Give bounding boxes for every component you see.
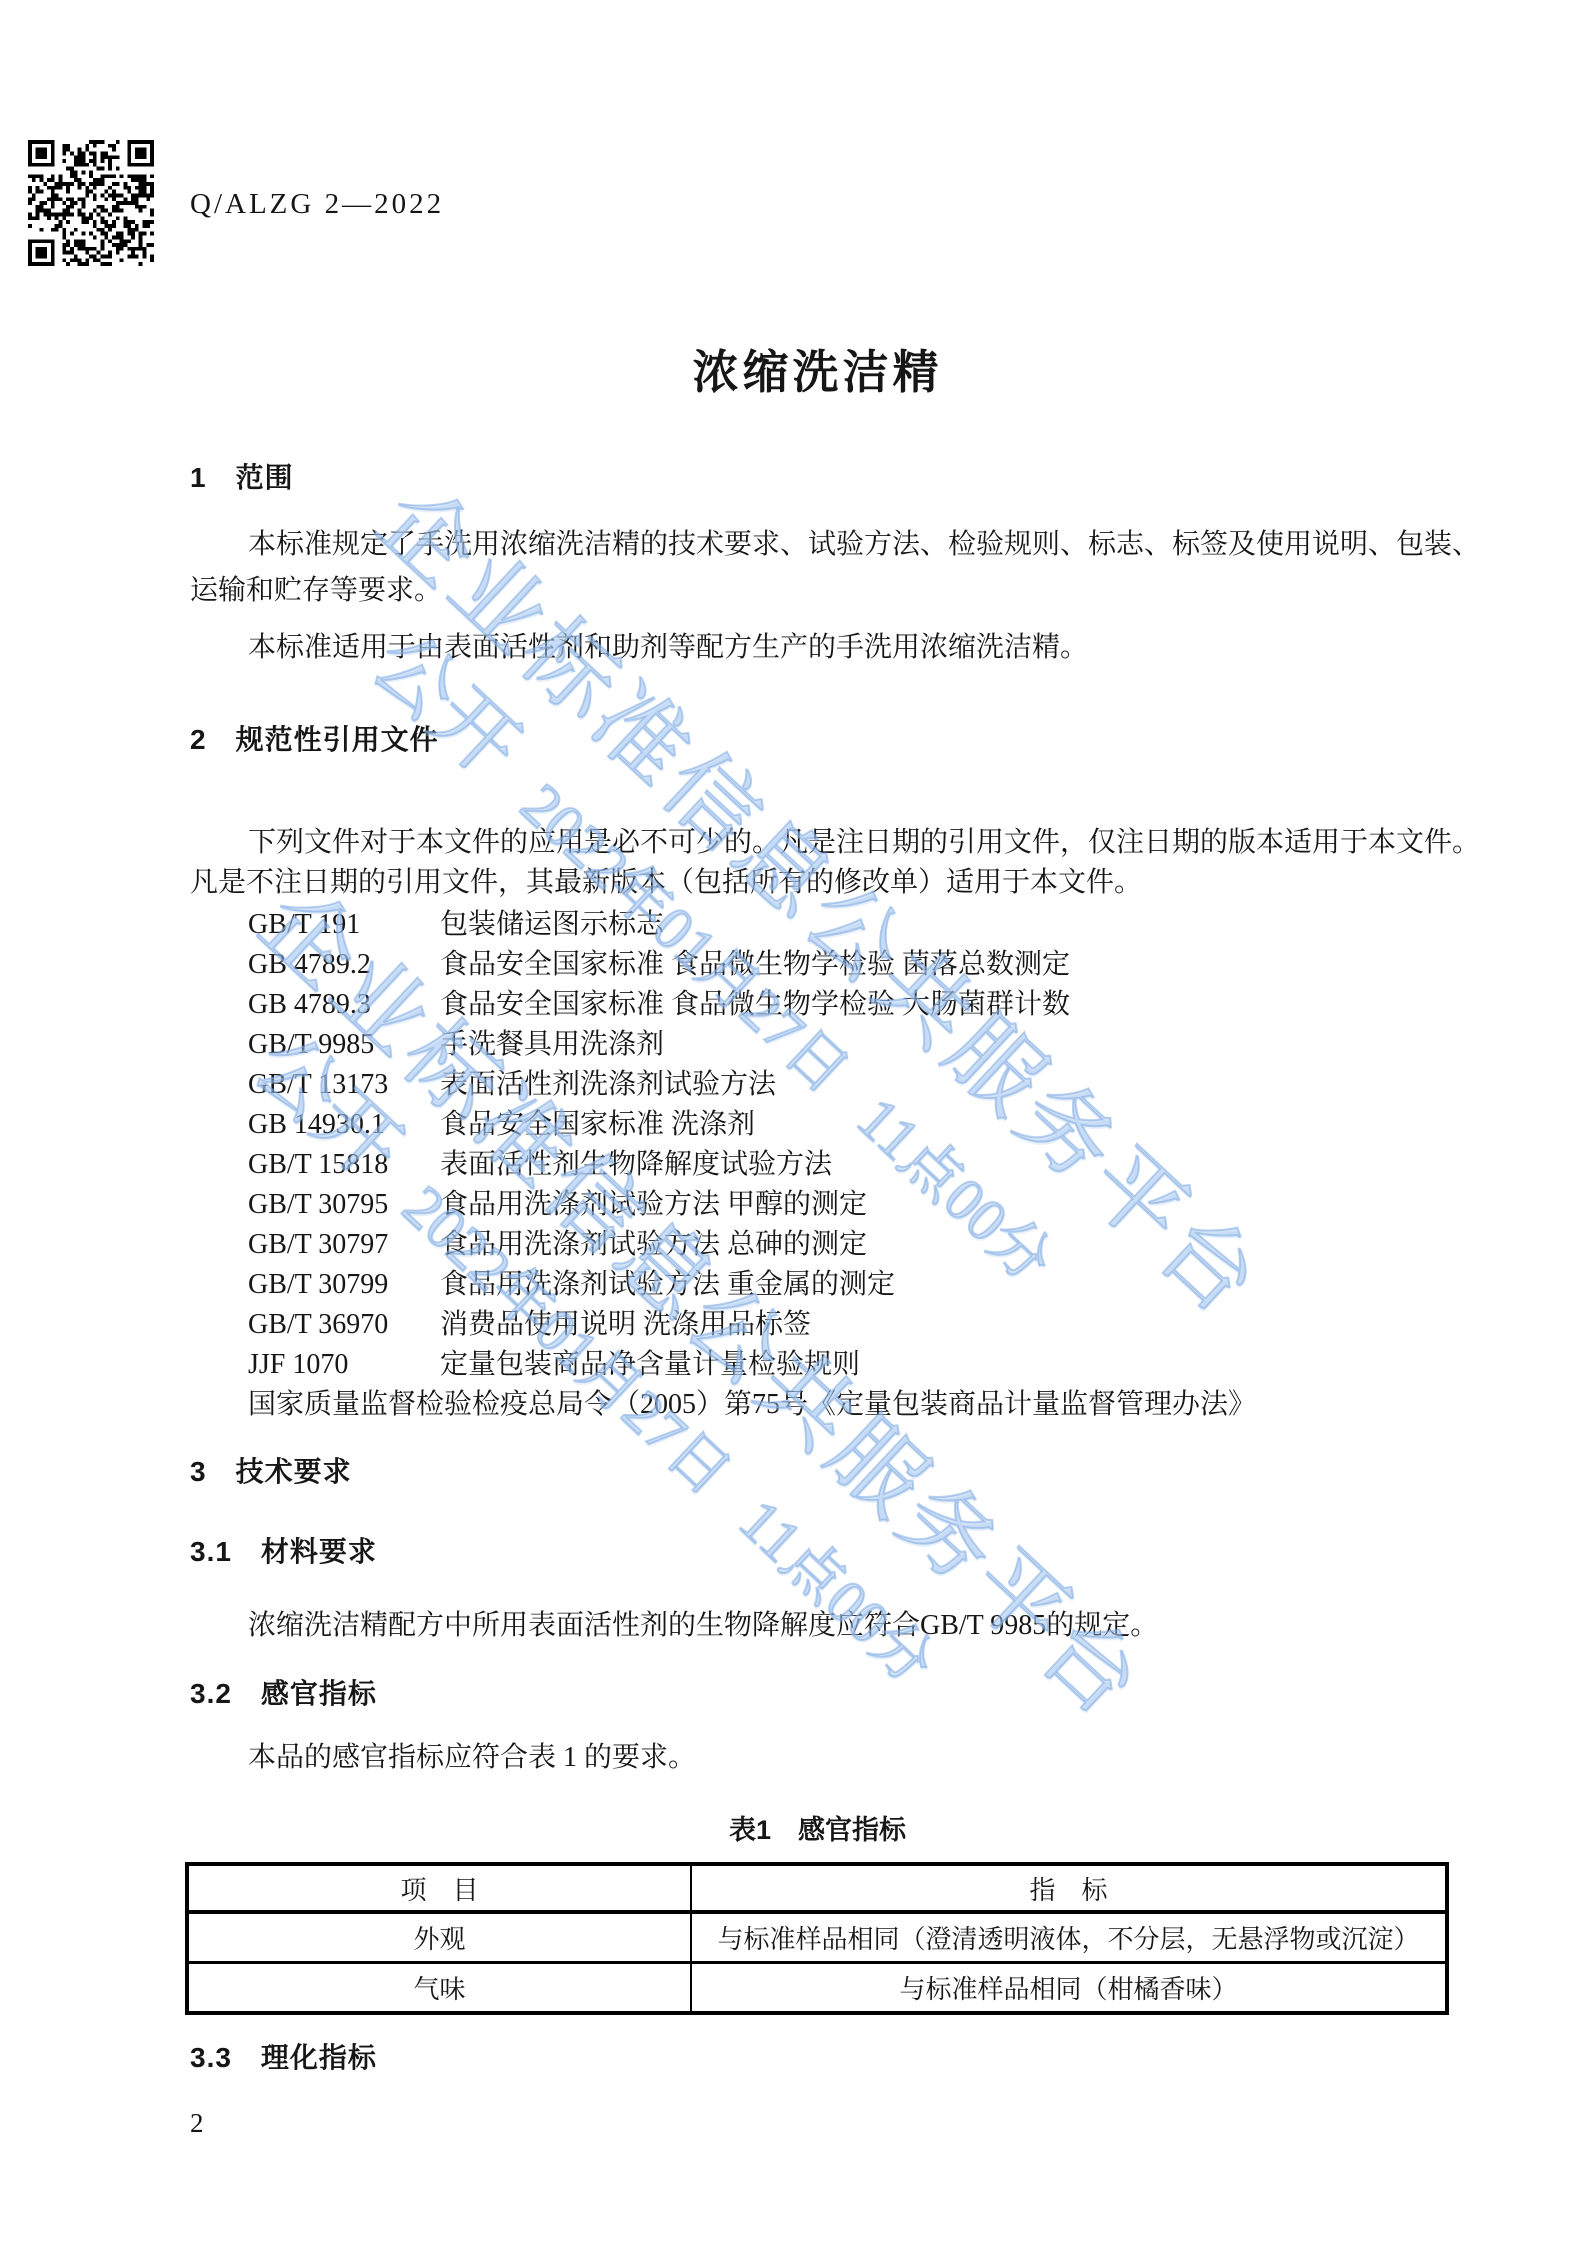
paragraph-line: 本品的感官指标应符合表 1 的要求。	[190, 1735, 1490, 1781]
reference-row: GB 4789.3食品安全国家标准 食品微生物学检验 大肠菌群计数	[248, 985, 1498, 1025]
reference-code: GB 14930.1	[248, 1105, 440, 1145]
table-row: 外观 与标准样品相同（澄清透明液体，不分层，无悬浮物或沉淀）	[187, 1912, 1447, 1963]
table-1-caption: 表1 感官指标	[190, 1808, 1445, 1847]
reference-row: GB/T 30795食品用洗涤剂试验方法 甲醇的测定	[248, 1185, 1498, 1225]
reference-row: GB/T 30799食品用洗涤剂试验方法 重金属的测定	[248, 1265, 1498, 1305]
watermark-time: 11点00分	[727, 1487, 946, 1697]
reference-row: GB/T 15818表面活性剂生物降解度试验方法	[248, 1145, 1498, 1185]
reference-row: GB/T 9985手洗餐具用洗涤剂	[248, 1025, 1498, 1065]
sensory-indicator-paragraph: 本品的感官指标应符合表 1 的要求。	[190, 1735, 1490, 1781]
reference-title: 表面活性剂生物降解度试验方法	[440, 1145, 1498, 1185]
references-list: GB/T 191包装储运图示标志 GB 4789.2食品安全国家标准 食品微生物…	[248, 905, 1498, 1425]
reference-row: GB 14930.1食品安全国家标准 洗涤剂	[248, 1105, 1498, 1145]
reference-title: 定量包装商品净含量计量检验规则	[440, 1345, 1498, 1385]
table-cell-item: 外观	[187, 1912, 691, 1963]
reference-title: 食品安全国家标准 食品微生物学检验 大肠菌群计数	[440, 985, 1498, 1025]
table-row: 气味 与标准样品相同（柑橘香味）	[187, 1963, 1447, 2014]
reference-code: GB/T 15818	[248, 1145, 440, 1185]
reference-code: GB/T 9985	[248, 1025, 440, 1065]
reference-code: GB/T 30797	[248, 1225, 440, 1265]
reference-code: JJF 1070	[248, 1345, 440, 1385]
document-title: 浓缩洗洁精	[190, 336, 1445, 402]
reference-title: 食品用洗涤剂试验方法 重金属的测定	[440, 1265, 1498, 1305]
paragraph-line: 运输和贮存等要求。	[190, 568, 1490, 614]
table-header-spec: 指 标	[691, 1864, 1447, 1912]
reference-code: GB 4789.3	[248, 985, 440, 1025]
reference-row: GB 4789.2食品安全国家标准 食品微生物学检验 菌落总数测定	[248, 945, 1498, 985]
scope-paragraph-1: 本标准规定了手洗用浓缩洗洁精的技术要求、试验方法、检验规则、标志、标签及使用说明…	[190, 522, 1490, 614]
section-3-2-heading: 3.2 感官指标	[190, 1678, 377, 1710]
reference-title: 食品用洗涤剂试验方法 甲醇的测定	[440, 1185, 1498, 1225]
reference-code: GB/T 30795	[248, 1185, 440, 1225]
page-number: 2	[190, 2108, 204, 2139]
reference-title: 包装储运图示标志	[440, 905, 1498, 945]
reference-title: 手洗餐具用洗涤剂	[440, 1025, 1498, 1065]
reference-row: GB/T 36970消费品使用说明 洗涤用品标签	[248, 1305, 1498, 1345]
standard-code: Q/ALZG 2—2022	[190, 188, 444, 221]
table-cell-item: 气味	[187, 1963, 691, 2014]
reference-title: 食品用洗涤剂试验方法 总砷的测定	[440, 1225, 1498, 1265]
section-3-1-heading: 3.1 材料要求	[190, 1536, 377, 1568]
reference-code: GB/T 30799	[248, 1265, 440, 1305]
references-intro: 下列文件对于本文件的应用是必不可少的。凡是注日期的引用文件，仅注日期的版本适用于…	[190, 823, 1490, 903]
material-requirement-paragraph: 浓缩洗洁精配方中所用表面活性剂的生物降解度应符合GB/T 9985的规定。	[190, 1603, 1490, 1649]
section-3-heading: 3 技术要求	[190, 1456, 352, 1488]
reference-title: 消费品使用说明 洗涤用品标签	[440, 1305, 1498, 1345]
paragraph-line: 本标准适用于由表面活性剂和助剂等配方生产的手洗用浓缩洗洁精。	[190, 625, 1490, 671]
table-cell-spec: 与标准样品相同（柑橘香味）	[691, 1963, 1447, 2014]
reference-title: 表面活性剂洗涤剂试验方法	[440, 1065, 1498, 1105]
reference-row: GB/T 191包装储运图示标志	[248, 905, 1498, 945]
reference-code: GB/T 13173	[248, 1065, 440, 1105]
table-header-item: 项 目	[187, 1864, 691, 1912]
reference-row: GB/T 13173表面活性剂洗涤剂试验方法	[248, 1065, 1498, 1105]
reference-row: JJF 1070定量包装商品净含量计量检验规则	[248, 1345, 1498, 1385]
table-cell-spec: 与标准样品相同（澄清透明液体，不分层，无悬浮物或沉淀）	[691, 1912, 1447, 1963]
scope-paragraph-2: 本标准适用于由表面活性剂和助剂等配方生产的手洗用浓缩洗洁精。	[190, 625, 1490, 671]
qr-code-icon	[28, 140, 154, 266]
reference-regulation: 国家质量监督检验检疫总局令（2005）第75号《定量包装商品计量监督管理办法》	[248, 1385, 1498, 1425]
section-3-3-heading: 3.3 理化指标	[190, 2042, 377, 2074]
reference-title: 食品安全国家标准 食品微生物学检验 菌落总数测定	[440, 945, 1498, 985]
reference-code: GB/T 36970	[248, 1305, 440, 1345]
section-2-heading: 2 规范性引用文件	[190, 724, 439, 756]
reference-row: GB/T 30797食品用洗涤剂试验方法 总砷的测定	[248, 1225, 1498, 1265]
reference-code: GB/T 191	[248, 905, 440, 945]
table-header-row: 项 目 指 标	[187, 1864, 1447, 1912]
paragraph-line: 下列文件对于本文件的应用是必不可少的。凡是注日期的引用文件，仅注日期的版本适用于…	[190, 823, 1490, 863]
section-1-heading: 1 范围	[190, 462, 294, 494]
document-page: 企业标准信息公共服务平台 公开2022年01月27日11点00分 企业标准信息公…	[0, 0, 1588, 2245]
reference-code: GB 4789.2	[248, 945, 440, 985]
paragraph-line: 浓缩洗洁精配方中所用表面活性剂的生物降解度应符合GB/T 9985的规定。	[190, 1603, 1490, 1649]
sensory-indicator-table: 项 目 指 标 外观 与标准样品相同（澄清透明液体，不分层，无悬浮物或沉淀） 气…	[185, 1862, 1449, 2015]
paragraph-line: 本标准规定了手洗用浓缩洗洁精的技术要求、试验方法、检验规则、标志、标签及使用说明…	[190, 522, 1490, 568]
reference-title: 食品安全国家标准 洗涤剂	[440, 1105, 1498, 1145]
paragraph-line: 凡是不注日期的引用文件，其最新版本（包括所有的修改单）适用于本文件。	[190, 863, 1490, 903]
